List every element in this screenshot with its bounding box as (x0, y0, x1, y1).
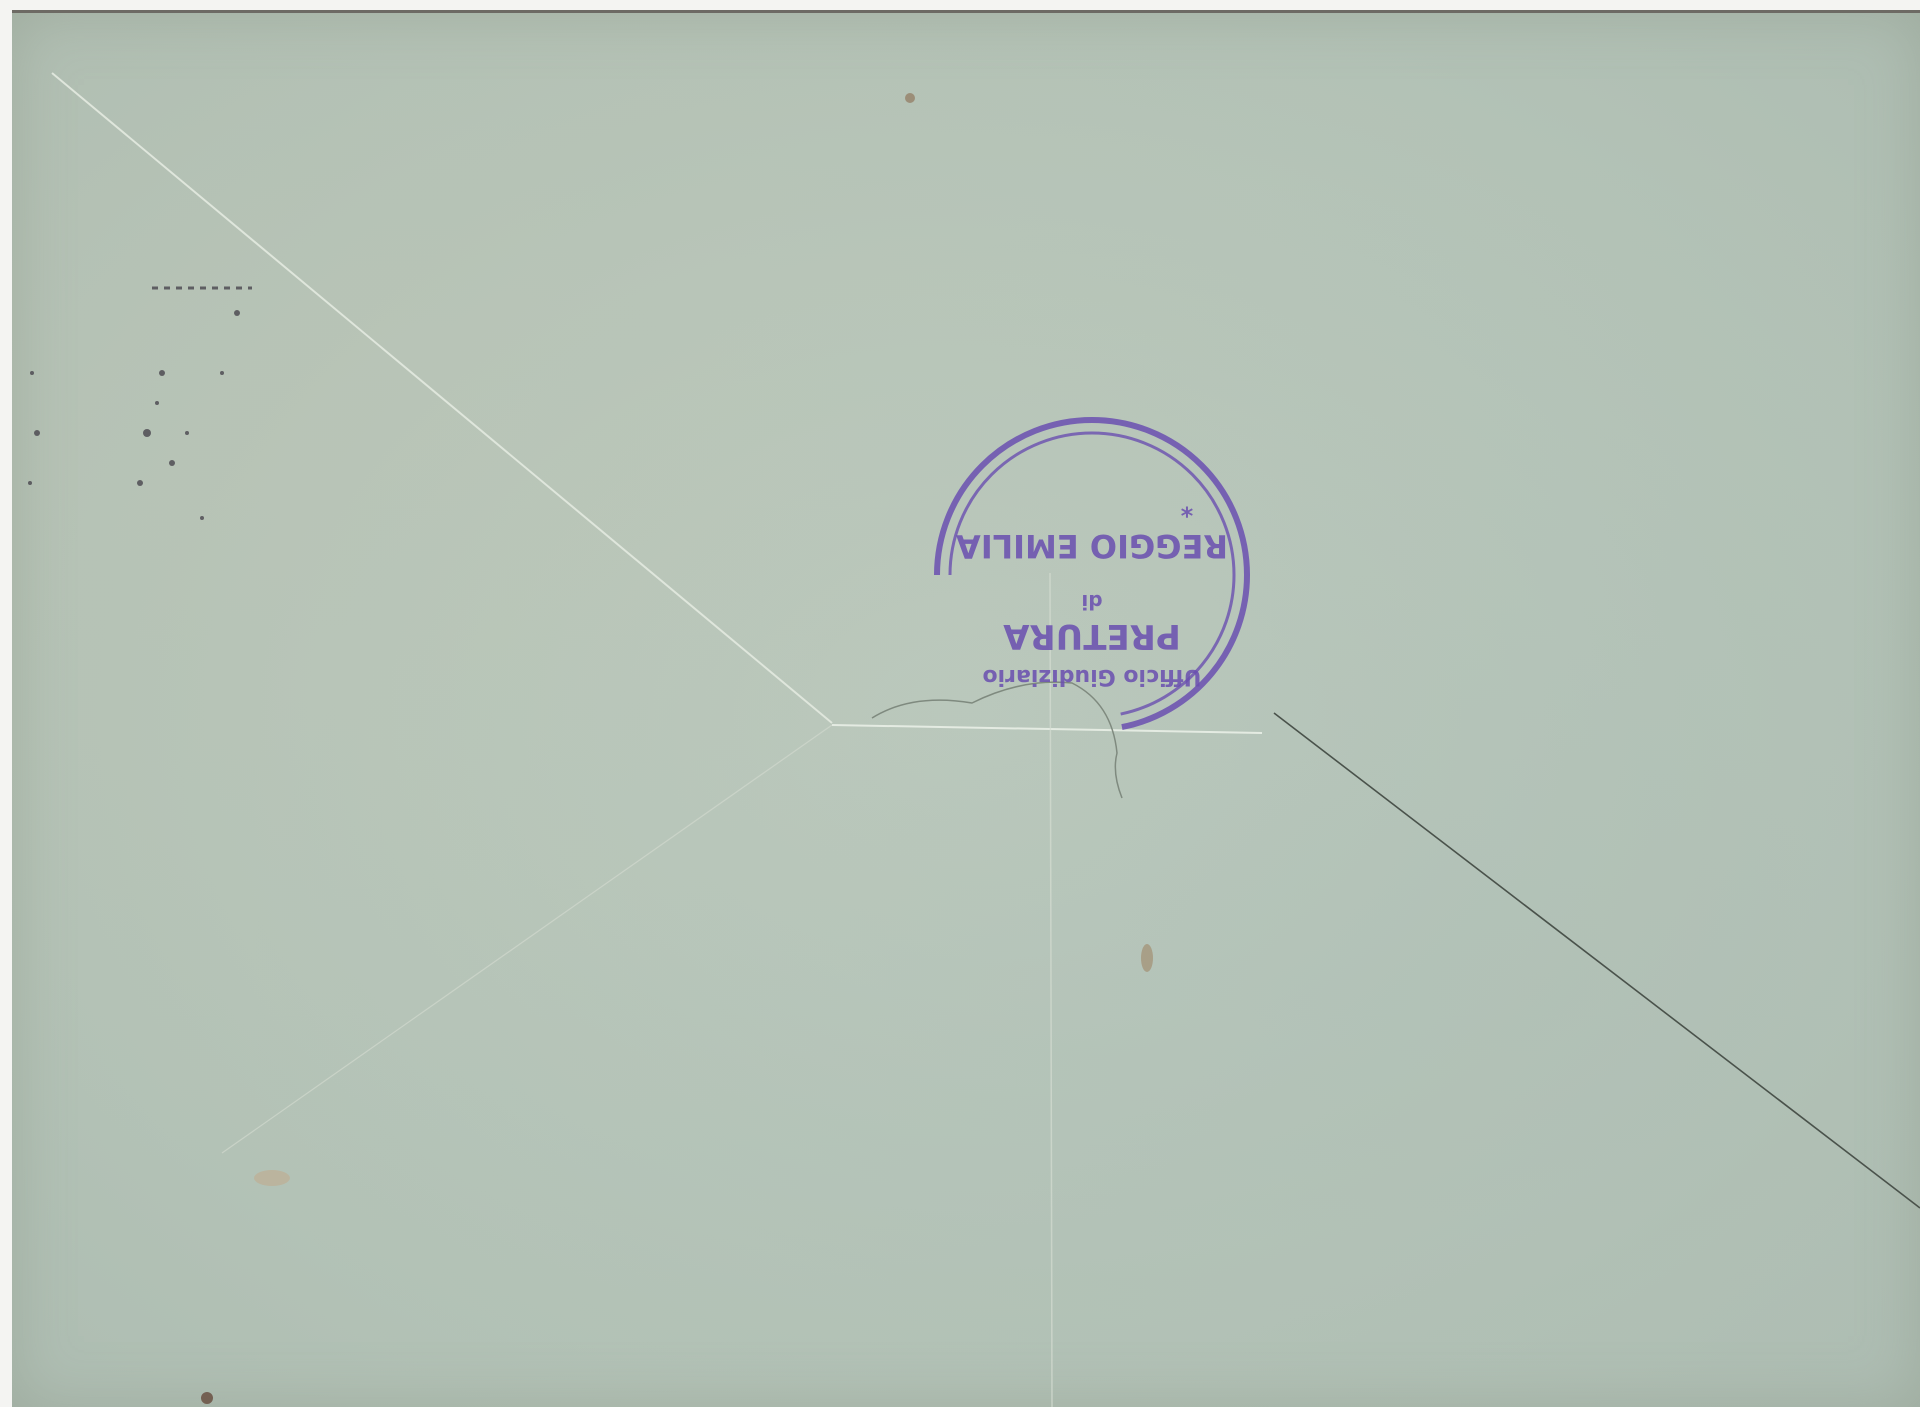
left-flap-fold (52, 73, 832, 723)
crease (1050, 573, 1052, 1407)
flap-junction-line (832, 725, 1262, 733)
envelope-artwork: Ufficio Giudiziario PRETURA di REGGIO EM… (12, 13, 1920, 1407)
stamp-line-1: Ufficio Giudiziario (982, 664, 1201, 689)
tear (872, 682, 1122, 798)
bottom-flap-left-fold (222, 725, 832, 1153)
envelope-back: Ufficio Giudiziario PRETURA di REGGIO EM… (12, 10, 1920, 1407)
ink-smudges (28, 288, 252, 520)
stamp-star: * (1180, 494, 1193, 522)
right-flap-fold (1274, 713, 1920, 1208)
stamp-line-2: PRETURA (1003, 616, 1181, 656)
stamp-line-4: REGGIO EMILIA (956, 527, 1228, 565)
pretura-stamp: Ufficio Giudiziario PRETURA di REGGIO EM… (937, 420, 1247, 730)
stamp-line-3: di (1081, 590, 1102, 614)
